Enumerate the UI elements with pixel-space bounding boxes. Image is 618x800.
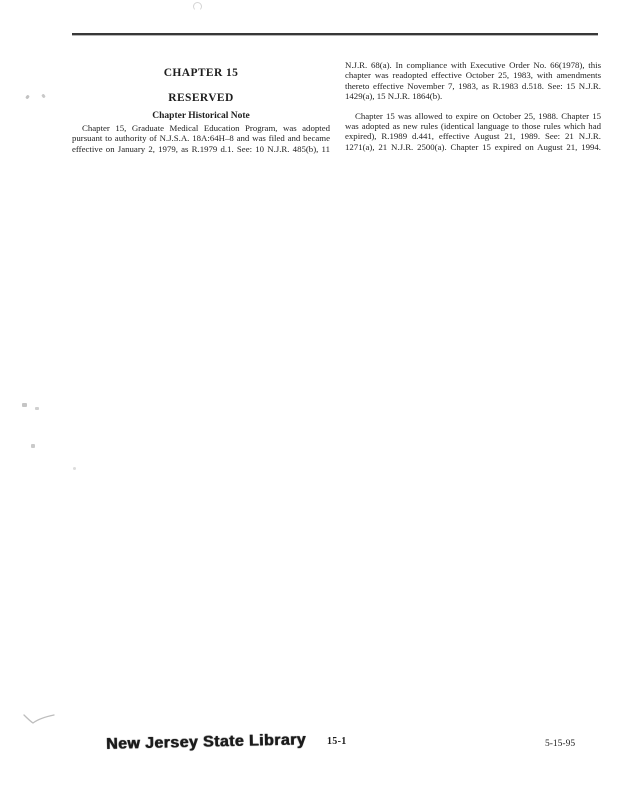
text-line: chapter was readopted effective October … — [345, 70, 601, 80]
text-line: 1429(a), 15 N.J.R. 1864(b). — [345, 91, 601, 101]
text-line: effective on January 2, 1979, as R.1979 … — [72, 144, 330, 154]
text-line: was adopted as new rules (identical lang… — [345, 121, 601, 131]
text-line: pursuant to authority of N.J.S.A. 18A:64… — [72, 133, 330, 143]
scan-speck — [35, 407, 39, 410]
library-stamp: New Jersey State Library — [106, 731, 306, 754]
scan-speck — [193, 2, 202, 11]
header-rule — [72, 33, 598, 35]
scan-speck — [41, 94, 46, 99]
text-line: 1271(a), 21 N.J.R. 2500(a). Chapter 15 e… — [345, 142, 601, 152]
revision-date: 5-15-95 — [545, 739, 575, 749]
text-line: Chapter 15 was allowed to expire on Octo… — [345, 111, 601, 121]
page-number: 15-1 — [327, 736, 347, 747]
chapter-heading: CHAPTER 15 — [72, 67, 330, 80]
historical-note-paragraph-right-2: Chapter 15 was allowed to expire on Octo… — [345, 111, 601, 153]
scan-speck — [25, 95, 30, 100]
scan-speck — [31, 444, 35, 448]
document-page: CHAPTER 15 RESERVED Chapter Historical N… — [0, 0, 618, 800]
left-column: CHAPTER 15 RESERVED Chapter Historical N… — [72, 67, 330, 154]
historical-note-heading: Chapter Historical Note — [72, 111, 330, 122]
scan-speck — [73, 467, 76, 470]
historical-note-paragraph-left: Chapter 15, Graduate Medical Education P… — [72, 123, 330, 154]
text-line: thereto effective November 7, 1983, as R… — [345, 81, 601, 91]
right-column: N.J.R. 68(a). In compliance with Executi… — [345, 59, 601, 152]
pencil-squiggle-mark — [22, 707, 58, 727]
scan-speck — [22, 403, 27, 407]
text-line: N.J.R. 68(a). In compliance with Executi… — [345, 60, 601, 70]
text-line: expired), R.1989 d.441, effective August… — [345, 131, 601, 141]
reserved-heading: RESERVED — [72, 92, 330, 105]
text-line: Chapter 15, Graduate Medical Education P… — [72, 123, 330, 133]
historical-note-paragraph-right-1: N.J.R. 68(a). In compliance with Executi… — [345, 60, 601, 102]
